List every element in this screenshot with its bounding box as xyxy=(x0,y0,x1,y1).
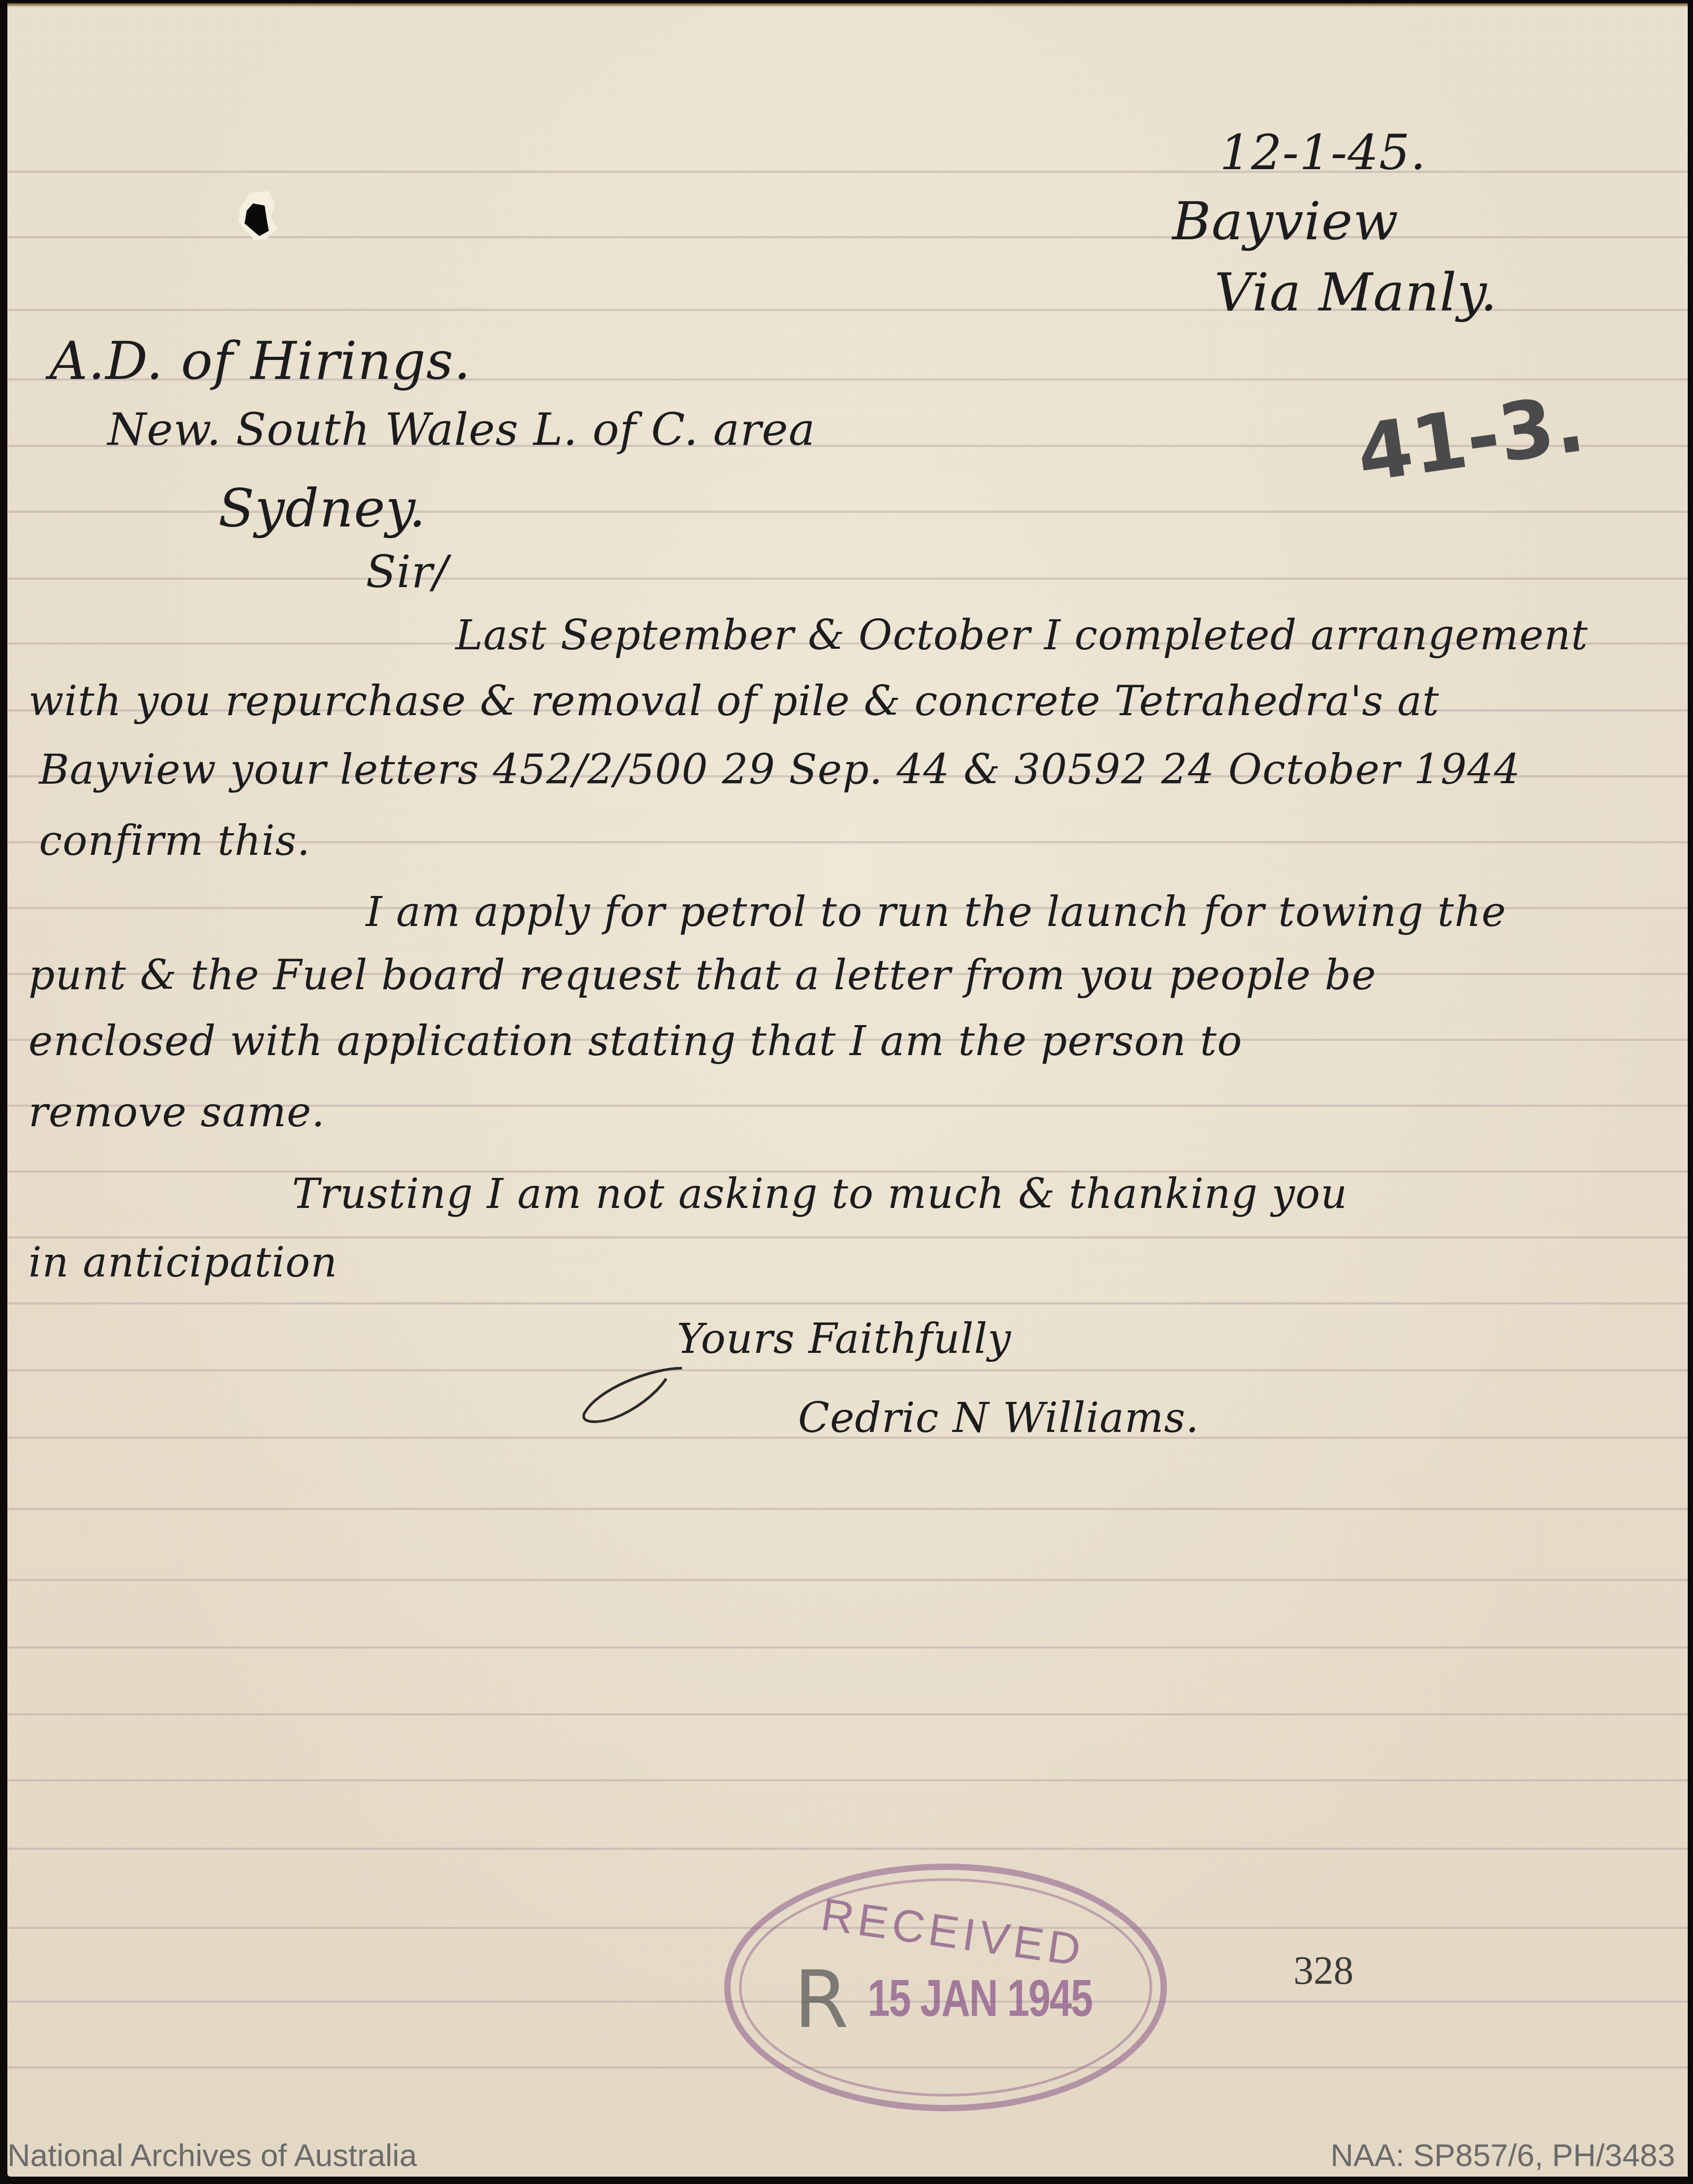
ruled-line xyxy=(7,171,1688,173)
ruled-line xyxy=(7,1713,1688,1715)
body-line: punt & the Fuel board request that a let… xyxy=(28,952,1376,999)
body-line: I am apply for petrol to run the launch … xyxy=(366,889,1506,936)
sender-address-line-1: Bayview xyxy=(1172,190,1399,252)
folio-number: 328 xyxy=(1293,1948,1354,1994)
ruled-line xyxy=(7,1579,1688,1581)
body-line: Trusting I am not asking to much & thank… xyxy=(292,1171,1348,1218)
ruled-line xyxy=(7,1779,1688,1781)
ruled-line xyxy=(7,1848,1688,1850)
punch-hole-icon xyxy=(229,188,287,246)
letter-date: 12-1-45. xyxy=(1220,124,1426,181)
ruled-line xyxy=(7,1369,1688,1371)
body-line: remove same. xyxy=(28,1089,325,1136)
ruled-line xyxy=(7,1508,1688,1510)
body-line: Bayview your letters 452/2/500 29 Sep. 4… xyxy=(39,746,1521,794)
closing: Yours Faithfully xyxy=(677,1315,1011,1363)
recipient-line-2: New. South Wales L. of C. area xyxy=(108,404,815,455)
salutation: Sir/ xyxy=(366,546,449,598)
ruled-line xyxy=(7,1236,1688,1239)
archive-name: National Archives of Australia xyxy=(7,2137,417,2173)
ruled-line xyxy=(7,1302,1688,1304)
letter-page: 12-1-45. Bayview Via Manly. A.D. of Hiri… xyxy=(7,3,1688,2177)
file-reference-annotation: 41-3. xyxy=(1351,378,1590,500)
sender-address-line-2: Via Manly. xyxy=(1214,261,1497,323)
body-line: in anticipation xyxy=(28,1239,338,1286)
body-line: with you repurchase & removal of pile & … xyxy=(28,678,1439,725)
stamp-initial: R xyxy=(794,1954,849,2046)
stamp-date: 15 JAN 1945 xyxy=(868,1968,1092,2028)
body-line: Last September & October I completed arr… xyxy=(455,612,1588,659)
archive-citation: NAA: SP857/6, PH/3483 xyxy=(1330,2137,1675,2173)
stamp-label: RECEIVED xyxy=(818,1888,1088,1977)
signature-flourish-icon xyxy=(577,1358,693,1426)
body-line: confirm this. xyxy=(39,817,310,865)
ruled-line xyxy=(7,578,1688,580)
ruled-line xyxy=(7,1646,1688,1649)
received-stamp: RECEIVED R 15 JAN 1945 xyxy=(724,1864,1167,2111)
recipient-line-1: A.D. of Hirings. xyxy=(50,330,471,392)
recipient-line-3: Sydney. xyxy=(218,477,426,539)
body-line: enclosed with application stating that I… xyxy=(28,1018,1242,1065)
signature: Cedric N Williams. xyxy=(798,1395,1199,1442)
